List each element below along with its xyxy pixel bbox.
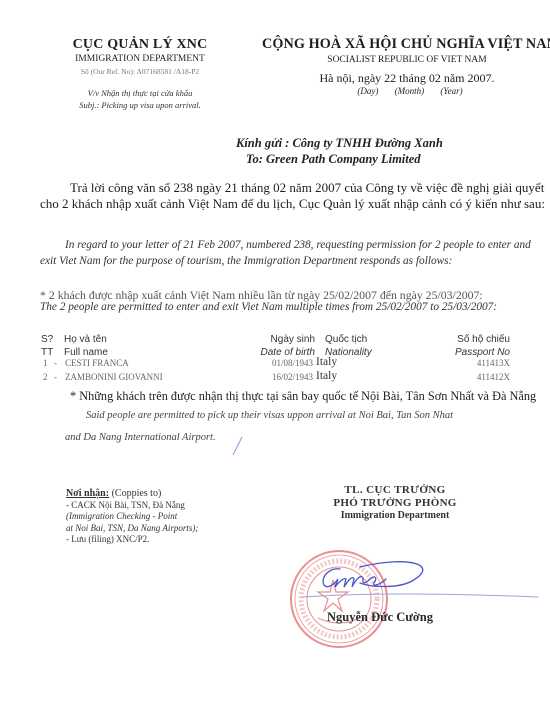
row-nationality: Italy (316, 356, 337, 368)
signature-title-3: Immigration Department (300, 510, 490, 521)
addressee-vn: Kính gửi : Công ty TNHH Đường Xanh (236, 135, 443, 151)
body-paragraph-en: In regard to your letter of 21 Feb 2007,… (40, 238, 545, 269)
recipient-line: at Noi Bai, TSN, Da Nang Airports); (66, 523, 198, 535)
row-nationality: Italy (316, 370, 337, 382)
subject-en: Subj.: Picking up visa upon arrival. (40, 99, 240, 111)
row-no: 2 (43, 372, 48, 382)
recipient-line: - CACK Nội Bài, TSN, Đà Nẵng (66, 500, 198, 512)
date-labels: (Day) (Month) (Year) (262, 86, 550, 96)
row-passport: 411413X (440, 358, 510, 368)
col-nat-vn: Quốc tịch (325, 334, 367, 346)
recipient-line: (Immigration Checking - Point (66, 511, 198, 523)
subject-block: V/v Nhận thị thực tại cửa khẩu Subj.: Pi… (40, 87, 240, 111)
row-name: CESTI FRANCA (65, 358, 129, 368)
addressee: Kính gửi : Công ty TNHH Đường Xanh To: G… (236, 135, 443, 167)
signer-name: Nguyễn Đức Cường (327, 610, 433, 625)
country-name-vn: CỘNG HOÀ XÃ HỘI CHỦ NGHĨA VIỆT NAM (262, 36, 550, 53)
row-dob: 16/02/1943 (245, 372, 313, 382)
recipient-line: - Lưu (filing) XNC/P2. (66, 534, 198, 546)
row-dob: 01/08/1943 (245, 358, 313, 368)
row-passport: 411412X (440, 372, 510, 382)
pen-mark-icon (230, 436, 244, 456)
signature-title-2: PHÓ TRƯỞNG PHÒNG (300, 497, 490, 509)
reference-number: Số (Our Ref. No): A07168581 /A18-P2 (40, 67, 240, 76)
country-header: CỘNG HOÀ XÃ HỘI CHỦ NGHĨA VIỆT NAM SOCIA… (262, 36, 550, 96)
recipients-title: Nơi nhận: (66, 488, 109, 499)
signature-title-1: TL. CỤC TRƯỞNG (300, 484, 490, 496)
row-dash: - (54, 372, 57, 382)
row-name: ZAMBONINI GIOVANNI (65, 372, 163, 382)
row-no: 1 (43, 358, 48, 368)
body-paragraph-en-text: In regard to your letter of 21 Feb 2007,… (40, 239, 531, 267)
visa-pickup-vn: * Những khách trên được nhận thị thực tạ… (70, 389, 536, 404)
permit-en: The 2 people are permitted to enter and … (40, 301, 545, 314)
agency-header: CỤC QUẢN LÝ XNC IMMIGRATION DEPARTMENT S… (40, 37, 240, 76)
visa-pickup-en-2: and Da Nang International Airport. (65, 432, 216, 443)
body-paragraph-vn-text: Trả lời công văn số 238 ngày 21 tháng 02… (40, 180, 545, 211)
col-dob-vn: Ngày sinh (265, 334, 315, 346)
date-line: Hà nội, ngày 22 tháng 02 năm 2007. (262, 71, 550, 86)
visa-pickup-en-1: Said people are permitted to pick up the… (86, 410, 453, 421)
row-dash: - (54, 358, 57, 368)
recipients-block: Nơi nhận: (Coppies to) - CACK Nội Bài, T… (66, 488, 198, 546)
country-name-en: SOCIALIST REPUBLIC OF VIET NAM (262, 55, 550, 65)
agency-name-vn: CỤC QUẢN LÝ XNC (40, 37, 240, 53)
recipients-title-en: (Coppies to) (109, 488, 161, 499)
handwritten-signature-icon (300, 555, 540, 605)
agency-name-en: IMMIGRATION DEPARTMENT (40, 54, 240, 64)
body-paragraph-vn: Trả lời công văn số 238 ngày 21 tháng 02… (40, 180, 545, 212)
col-passport-vn: Số hộ chiếu (440, 334, 510, 346)
addressee-en: To: Green Path Company Limited (236, 151, 443, 167)
col-no-vn: S? (41, 334, 53, 346)
subject-vn: V/v Nhận thị thực tại cửa khẩu (40, 87, 240, 99)
col-name-vn: Họ và tên (64, 334, 107, 346)
signature-title-block: TL. CỤC TRƯỞNG PHÓ TRƯỞNG PHÒNG Immigrat… (300, 484, 490, 521)
